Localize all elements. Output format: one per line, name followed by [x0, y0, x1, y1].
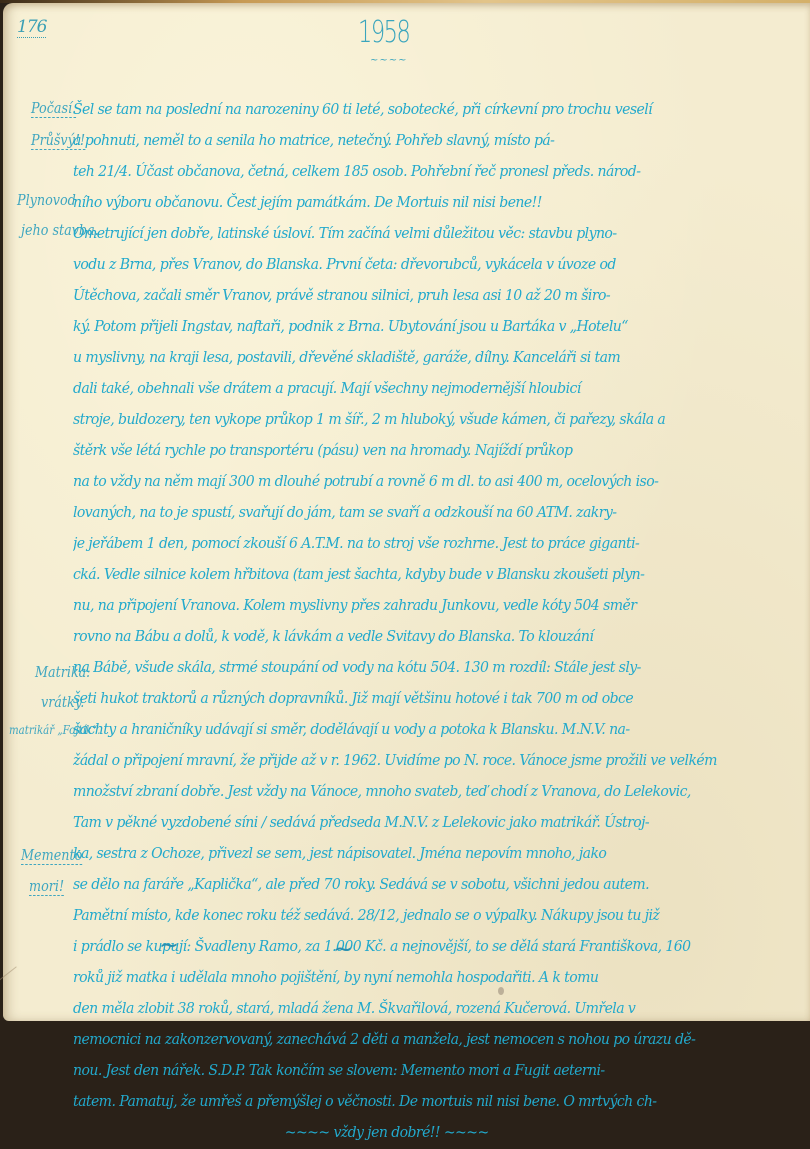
text-line: ký. Potom přijeli Ingstav, naftaři, podn… [73, 312, 762, 343]
closing-flourish-right: ~ [333, 935, 353, 963]
handwritten-body: Šel se tam na poslední na narozeniny 60 … [73, 95, 783, 1024]
text-line: na to vždy na něm mají 300 m dlouhé potr… [73, 467, 762, 498]
text-line: dali také, obehnali vše drátem a pracují… [73, 374, 762, 405]
text-line: štěrk vše létá rychle po transportéru (p… [73, 436, 762, 467]
text-line: šachty a hraničníky udávají si směr, dod… [73, 715, 762, 746]
text-line: na Bábě, všude skála, strmé stoupání od … [73, 653, 762, 684]
margin-note-weather: Počasí. [31, 99, 76, 118]
text-line: ního výboru občanovu. Čest jejím památká… [73, 188, 762, 219]
manuscript-page: 176 1958 ~~~~ Počasí. Průšvý!! Plynovod … [3, 3, 810, 1021]
text-line: den měla zlobit 38 roků, stará, mladá že… [73, 994, 762, 1024]
text-line: lovaných, na to je spustí, svařují do já… [73, 498, 762, 529]
text-line: a pohnuti, neměl to a senila ho matrice,… [73, 126, 762, 157]
text-line: nu, na připojení Vranova. Kolem myslivny… [73, 591, 762, 622]
text-line: šeti hukot traktorů a různých dopravníků… [73, 684, 762, 715]
text-line: vodu z Brna, přes Vranov, do Blanska. Pr… [73, 250, 762, 281]
text-line: Šel se tam na poslední na narozeniny 60 … [73, 95, 762, 126]
text-line: cká. Vedle silnice kolem hřbitova (tam j… [73, 560, 762, 591]
text-line: je jeřábem 1 den, pomocí zkouší 6 A.T.M.… [73, 529, 762, 560]
text-line: žádal o připojení mravní, že přijde až v… [73, 746, 762, 777]
text-line: u myslivny, na kraji lesa, postavili, dř… [73, 343, 762, 374]
text-line: se dělo na faráře „Kaplička“, ale před 7… [73, 870, 762, 901]
ink-smudge [498, 987, 504, 995]
text-line: Pamětní místo, kde konec roku též sedává… [73, 901, 762, 932]
closing-flourish-left: ~ [159, 931, 179, 959]
text-line: Ometrující jen dobře, latinské úsloví. T… [73, 219, 762, 250]
year-underline: ~~~~ [370, 55, 408, 66]
text-line: rovno na Bábu a dolů, k vodě, k lávkám a… [73, 622, 762, 653]
text-line: stroje, buldozery, ten vykope průkop 1 m… [73, 405, 762, 436]
text-line: Tam v pěkné vyzdobené síni / sedává před… [73, 808, 762, 839]
text-line: množství zbraní dobře. Jest vždy na Váno… [73, 777, 762, 808]
text-line: Útěchova, začali směr Vranov, právě stra… [73, 281, 762, 312]
text-line: ka, sestra z Ochoze, přivezl se sem, jes… [73, 839, 762, 870]
year-heading: 1958 [358, 15, 409, 50]
page-number: 176 [17, 17, 46, 38]
margin-note-gas-pipeline: Plynovod [17, 191, 76, 209]
text-line: roků již matka i udělala mnoho pojištění… [73, 963, 762, 994]
text-line: teh 21/4. Účast občanova, četná, celkem … [73, 157, 762, 188]
page-crease [0, 966, 38, 1021]
margin-note-mori: mori! [29, 877, 64, 896]
